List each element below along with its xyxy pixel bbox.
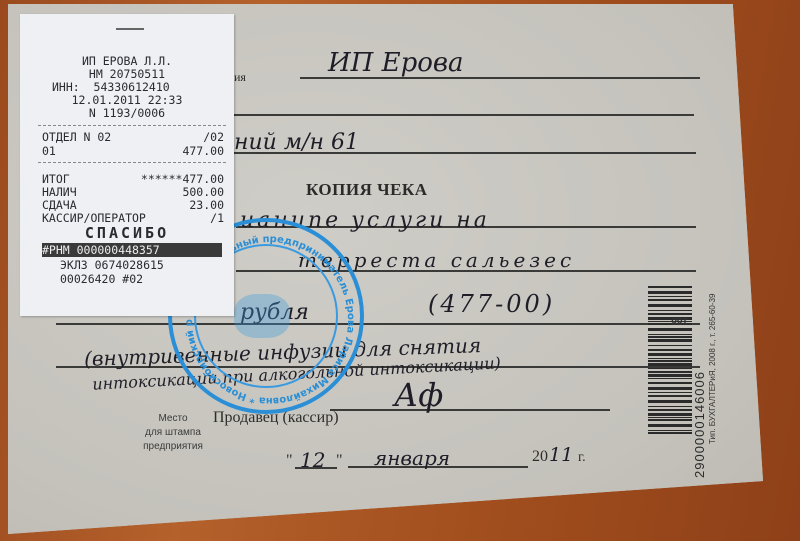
stamp-place-label: Место для штампа предприятия [118, 412, 228, 454]
handwritten-org: ИП Ерова [328, 48, 464, 78]
receipt-fpm: #РНМ 000000448357 [42, 243, 222, 257]
cash-register-receipt: ИП ЕРОВА Л.Л. НМ 20750511 ИНН: 543306124… [20, 14, 234, 316]
receipt-eklz: ЭКЛЗ 0674028615 [60, 258, 234, 272]
stamp-emblem [234, 294, 290, 338]
receipt-change-row: СДАЧА23.00 [42, 198, 224, 212]
receipt-total-row: ИТОГ******477.00 [42, 172, 224, 186]
receipt-cashier-row: КАССИР/ОПЕРАТОР/1 [42, 211, 224, 225]
date-month: января [374, 446, 450, 470]
tear-mark [116, 28, 144, 30]
form-title: КОПИЯ ЧЕКА [306, 180, 428, 200]
receipt-line: 12.01.2011 22:33 [20, 93, 234, 107]
rule-seller [330, 409, 610, 411]
date-year-hand: 11 [549, 444, 573, 466]
seller-signature: Аф [394, 376, 443, 414]
field-org-label: ия [234, 70, 246, 85]
receipt-line: НМ 20750511 [20, 67, 234, 81]
receipt-line: ИП ЕРОВА Л.Л. [20, 54, 234, 68]
date-quote-open: " [286, 452, 293, 470]
receipt-footer: 00026420 #02 [60, 272, 234, 286]
date-year-prefix: 20 [532, 448, 548, 466]
form-code: 188 [671, 315, 688, 326]
printer-text: Тип. БУХГАЛТЕРиЯ, 2008 г., т. 265-60-39 [708, 294, 717, 444]
receipt-cash-row: НАЛИЧ500.00 [42, 185, 224, 199]
rule-2 [234, 114, 694, 116]
handwritten-amount: (477-00) [428, 290, 555, 318]
receipt-line: ИНН: 54330612410 [52, 80, 234, 94]
barcode-number: 2900000146006 [692, 371, 707, 478]
receipt-thanks: СПАСИБО [20, 224, 234, 242]
date-year-suffix: г. [578, 450, 586, 466]
date-day: 12 [300, 448, 325, 472]
receipt-item-row: 01477.00 [42, 144, 224, 158]
handwritten-line2: ний м/н 61 [234, 130, 359, 155]
receipt-line: N 1193/0006 [20, 106, 234, 120]
date-quote-close: " [336, 452, 343, 470]
receipt-dept-row: ОТДЕЛ N 02/02 [42, 130, 224, 144]
rule-6 [56, 323, 700, 325]
